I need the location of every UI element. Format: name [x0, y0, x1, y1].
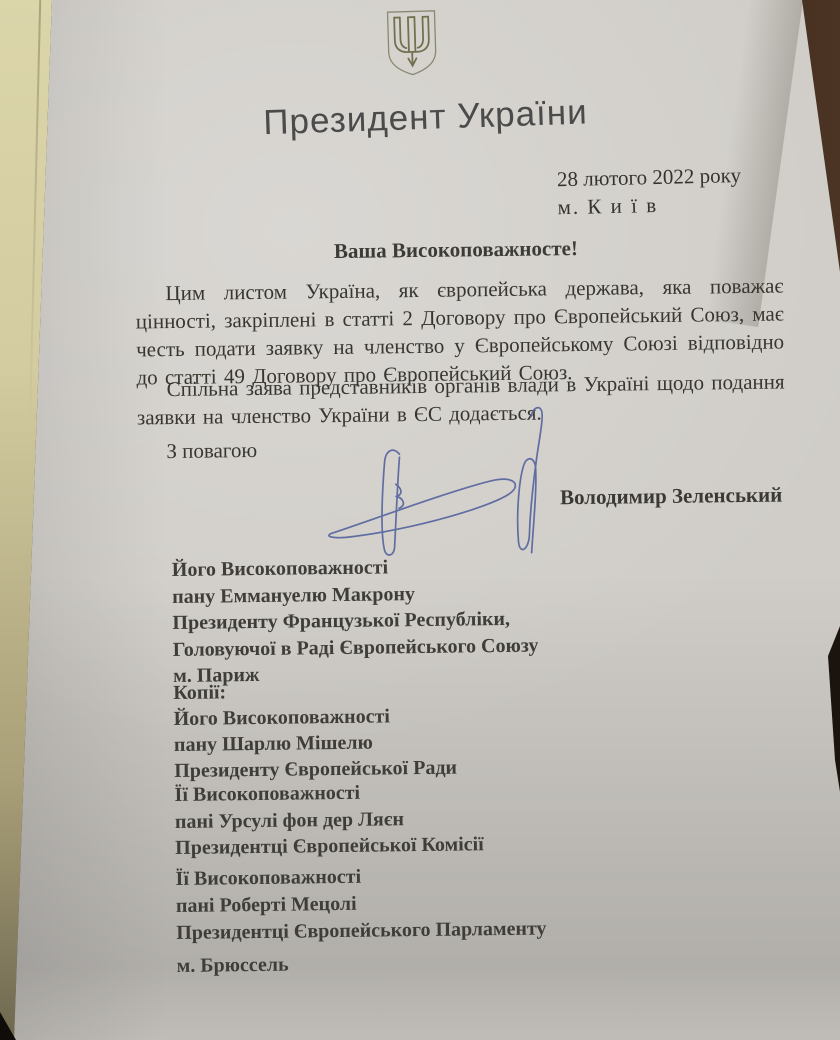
copies-block-2: Її Високоповажності пані Урсулі фон дер … — [174, 778, 483, 861]
copies-city: м. Брюссель — [177, 954, 289, 978]
recipient-line: Головуючої в Раді Європейського Союзу — [173, 632, 539, 663]
copies-line: Її Високоповажності — [174, 778, 483, 808]
letter-city: м. К и ї в — [557, 189, 742, 221]
recipient-line: Президенту Французької Республіки, — [172, 606, 538, 637]
date-block: 28 лютого 2022 року м. К и ї в — [557, 161, 742, 221]
valediction: З повагою — [166, 438, 257, 464]
handwritten-signature-icon — [319, 400, 553, 569]
letter-date: 28 лютого 2022 року — [557, 161, 742, 193]
copies-line: Президентці Європейського Парламенту — [176, 915, 547, 947]
copies-line: пану Шарлю Мішелю — [174, 729, 457, 758]
copies-label: Копії: — [173, 677, 456, 706]
copies-line: Його Високоповажності — [173, 703, 456, 732]
letterhead-title: Президент України — [263, 93, 584, 144]
copies-line: пані Урсулі фон дер Ляєн — [175, 805, 484, 835]
letter-content: Президент України 28 лютого 2022 року м.… — [0, 0, 840, 1040]
copies-block-1: Копії: Його Високоповажності пану Шарлю … — [173, 677, 457, 784]
ukraine-trident-icon — [381, 8, 442, 78]
salutation: Ваша Високоповажносте! — [334, 236, 578, 264]
copies-line: Президентці Європейської Комісії — [175, 831, 484, 861]
letter-paper: Президент України 28 лютого 2022 року м.… — [0, 0, 840, 1040]
copies-block-3: Її Високоповажності пані Роберті Мецолі … — [175, 861, 546, 947]
signer-name: Володимир Зеленський — [560, 483, 783, 511]
recipient-block: Його Високоповажності пану Еммануелю Мак… — [172, 553, 539, 690]
